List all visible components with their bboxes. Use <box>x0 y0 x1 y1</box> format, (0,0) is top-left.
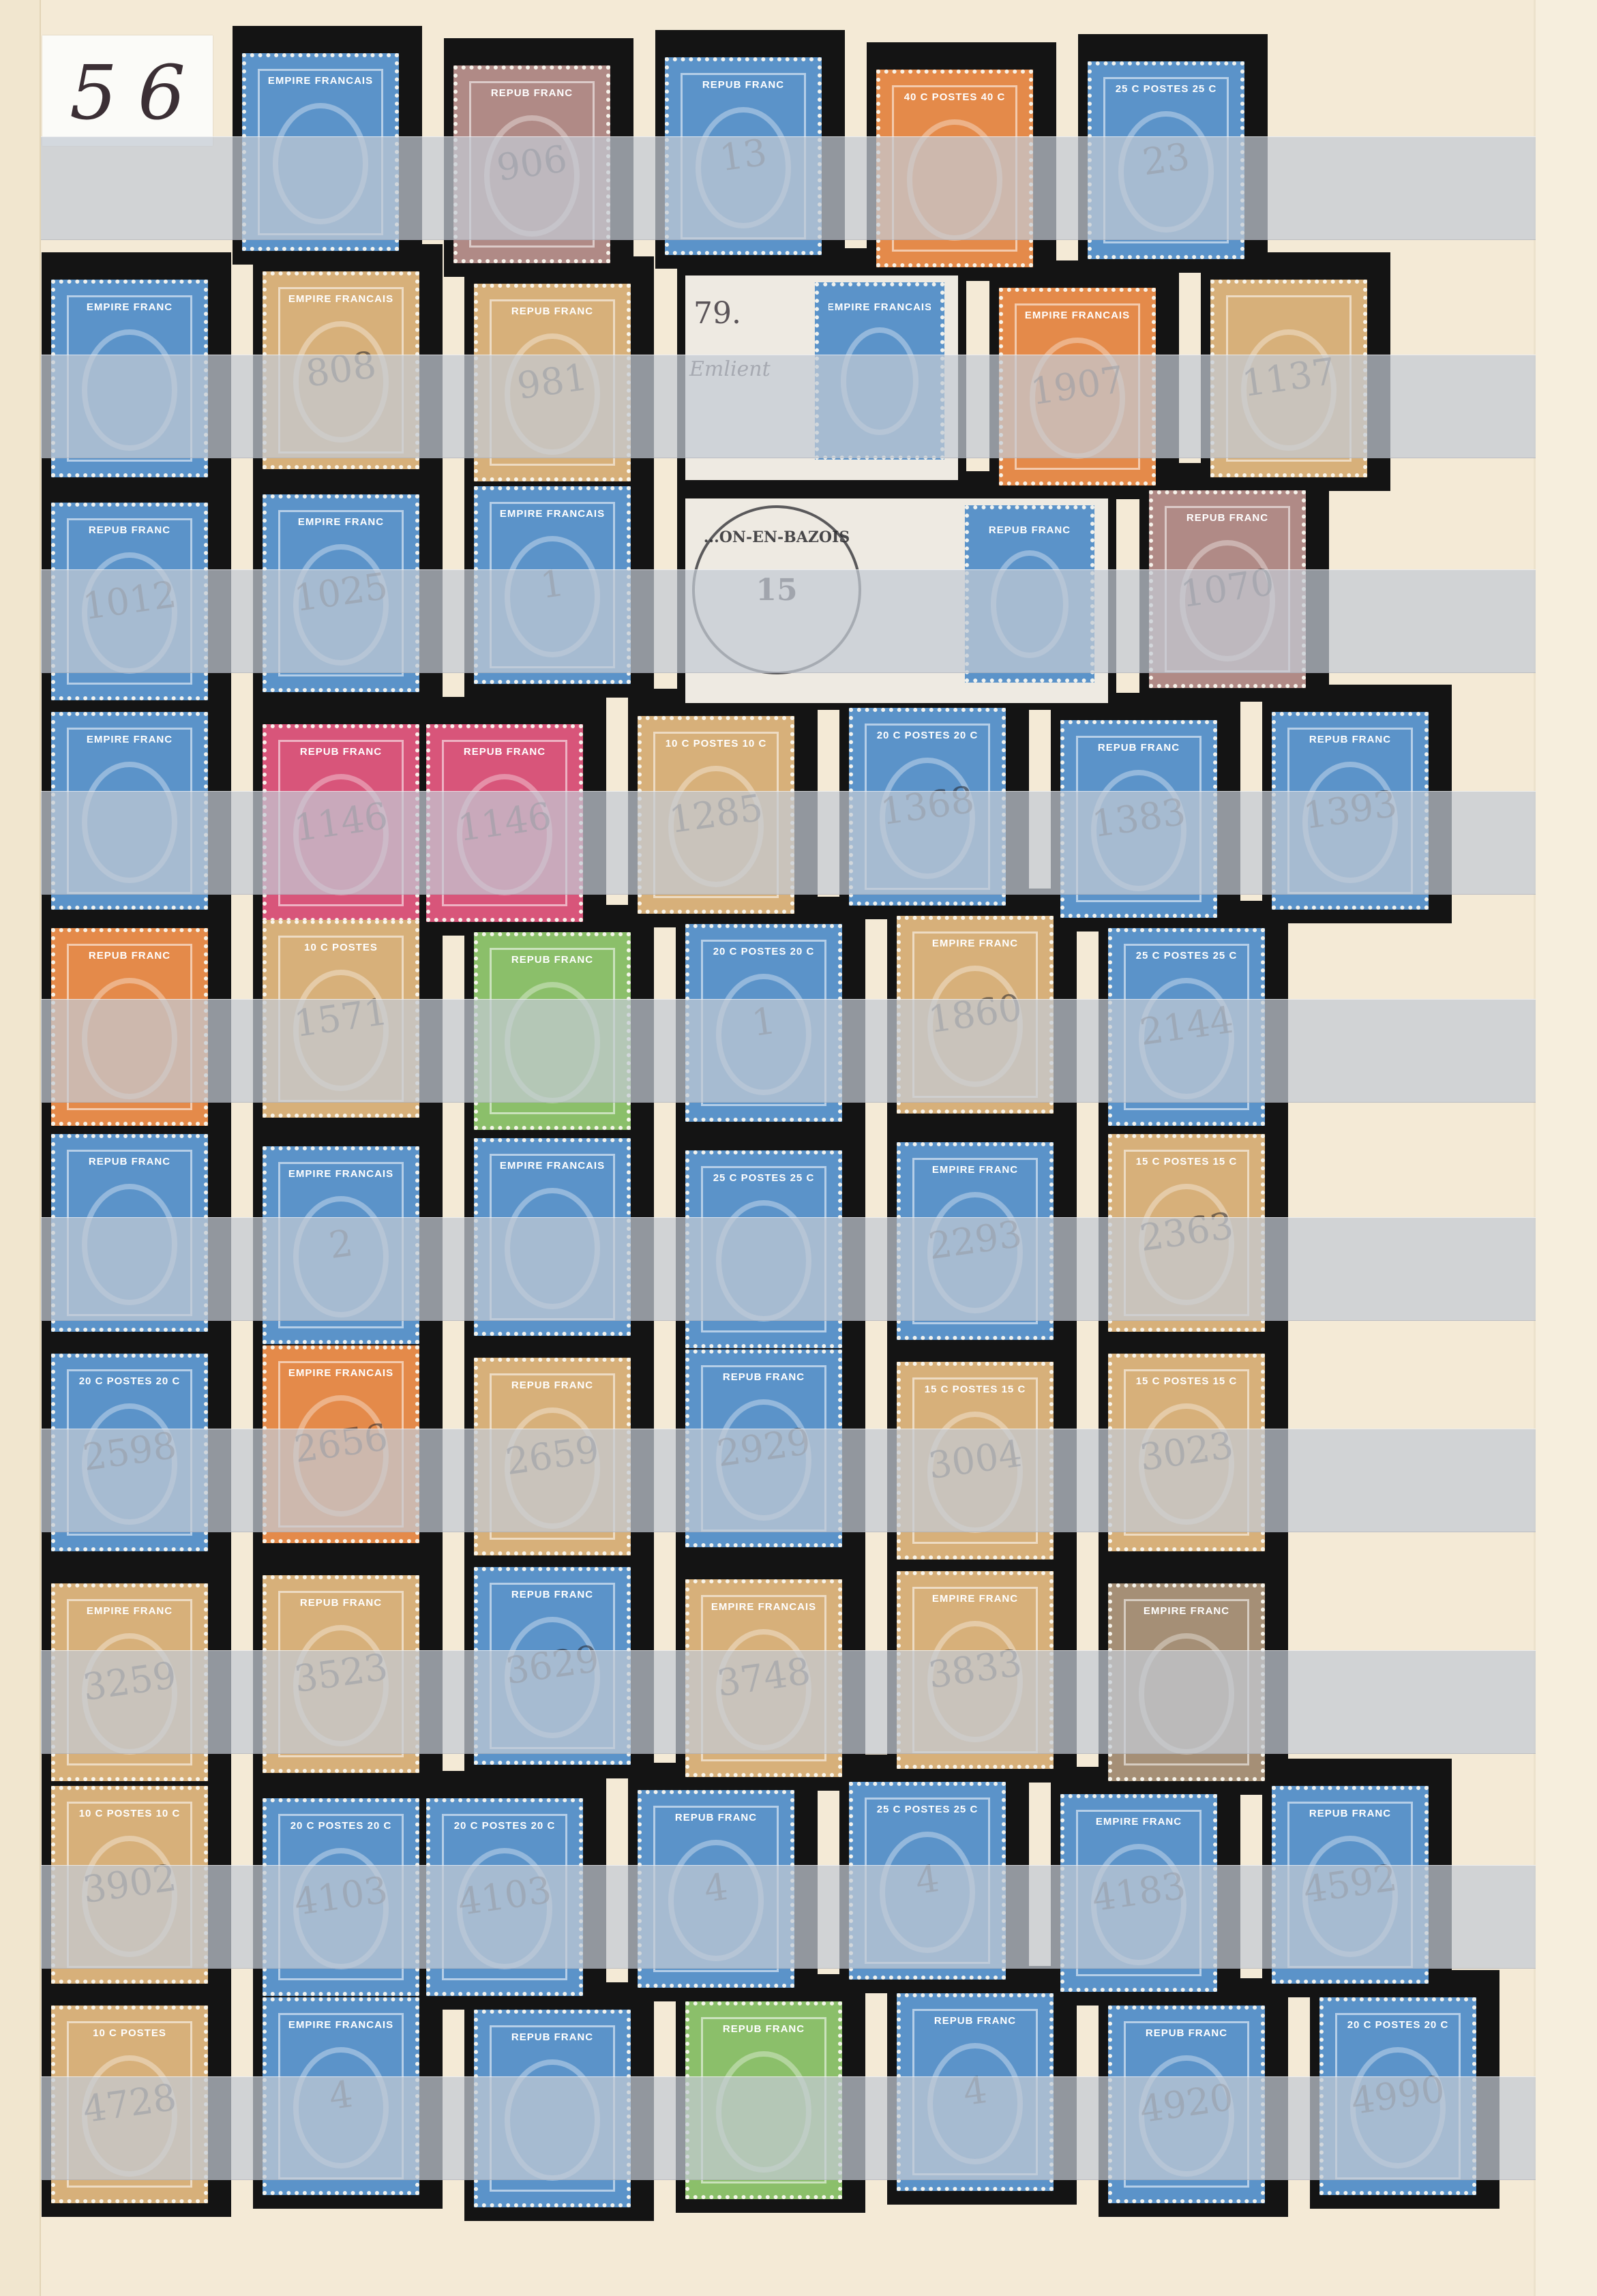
stamp-banner <box>1226 295 1351 320</box>
stamp-banner: EMPIRE FRANC <box>912 1587 1037 1611</box>
stamp-banner: 20 C POSTES 20 C <box>1335 2013 1460 2038</box>
page-number-label: 56 <box>42 35 213 146</box>
stamp-banner: EMPIRE FRANCAIS <box>278 1361 403 1386</box>
stamp-banner: REPUB FRANC <box>67 518 192 543</box>
stamp-banner: EMPIRE FRANC <box>67 295 192 320</box>
stamp-banner: 25 C POSTES 25 C <box>701 1166 826 1191</box>
stockbook-right-margin <box>1534 0 1597 2296</box>
stamp-banner: EMPIRE FRANCAIS <box>490 502 614 526</box>
stamp-banner: 20 C POSTES 20 C <box>67 1369 192 1394</box>
stamp-banner: 40 C POSTES 40 C <box>892 85 1017 110</box>
stamp-banner: EMPIRE FRANC <box>278 510 403 535</box>
glassine-strip <box>41 569 1536 673</box>
stamp-banner: REPUB FRANC <box>1287 1802 1412 1826</box>
stamp-banner: 15 C POSTES 15 C <box>1124 1369 1249 1394</box>
stamp-banner: REPUB FRANC <box>912 2009 1037 2033</box>
stamp-banner: REPUB FRANC <box>490 1373 614 1398</box>
stamp-banner: 25 C POSTES 25 C <box>1103 77 1228 102</box>
stamp-banner: REPUB FRANC <box>469 81 594 106</box>
stamp-banner: 25 C POSTES 25 C <box>1124 944 1249 968</box>
stamp-banner: EMPIRE FRANC <box>67 1599 192 1624</box>
stamp-banner: REPUB FRANC <box>701 1365 826 1390</box>
stamp-banner: 20 C POSTES 20 C <box>442 1814 567 1838</box>
stamp-banner: EMPIRE FRANCAIS <box>278 2013 403 2038</box>
stamp-banner: EMPIRE FRANCAIS <box>278 1162 403 1187</box>
stamp-banner: REPUB FRANC <box>1076 736 1201 760</box>
glassine-strip <box>41 1650 1536 1754</box>
stamp-banner: 20 C POSTES 20 C <box>701 940 826 964</box>
glassine-strip <box>41 2076 1536 2180</box>
glassine-strip <box>41 136 1536 240</box>
stamp-banner: EMPIRE FRANC <box>912 931 1037 956</box>
stamp-banner: EMPIRE FRANCAIS <box>278 287 403 312</box>
stamp-banner: REPUB FRANC <box>701 2017 826 2042</box>
stamp-banner: 10 C POSTES <box>67 2021 192 2046</box>
glassine-strip <box>41 1865 1536 1969</box>
stamp-banner: 15 C POSTES 15 C <box>912 1377 1037 1402</box>
stamp-banner: EMPIRE FRANC <box>1124 1599 1249 1624</box>
stamp-banner: REPUB FRANC <box>979 520 1081 541</box>
stamp-banner: REPUB FRANC <box>278 1591 403 1615</box>
stamp-banner: REPUB FRANC <box>490 948 614 972</box>
piece-note: 79. <box>693 296 741 331</box>
stamp-banner: EMPIRE FRANC <box>67 728 192 752</box>
stamp-banner: EMPIRE FRANC <box>912 1158 1037 1182</box>
stamp-banner: EMPIRE FRANCAIS <box>258 69 383 93</box>
stamp-banner: EMPIRE FRANCAIS <box>829 297 931 318</box>
stamp-banner: REPUB FRANC <box>1287 728 1412 752</box>
glassine-strip <box>41 791 1536 895</box>
stamp-banner: REPUB FRANC <box>490 299 614 324</box>
stamp-banner: 20 C POSTES 20 C <box>278 1814 403 1838</box>
postmark-town: ...ON-EN-BAZOIS <box>695 528 859 546</box>
glassine-strip <box>41 355 1536 458</box>
stamp-banner: EMPIRE FRANCAIS <box>1015 303 1139 328</box>
stamp-banner: REPUB FRANC <box>681 73 805 98</box>
stamp-banner: 10 C POSTES <box>278 936 403 960</box>
stamp-banner: REPUB FRANC <box>442 740 567 764</box>
stamp-banner: 15 C POSTES 15 C <box>1124 1150 1249 1174</box>
stamp-banner: REPUB FRANC <box>1124 2021 1249 2046</box>
glassine-strip <box>41 999 1536 1103</box>
stamp-banner: EMPIRE FRANC <box>1076 1810 1201 1834</box>
glassine-strip <box>41 1217 1536 1321</box>
stamp-banner: EMPIRE FRANCAIS <box>490 1154 614 1178</box>
page-number: 56 <box>70 49 206 136</box>
stamp-banner: REPUB FRANC <box>278 740 403 764</box>
stamp-banner: REPUB FRANC <box>653 1806 778 1830</box>
stamp-banner: EMPIRE FRANCAIS <box>701 1595 826 1620</box>
stamp-banner: REPUB FRANC <box>67 944 192 968</box>
stamp-banner: REPUB FRANC <box>490 2025 614 2050</box>
stamp-banner: 25 C POSTES 25 C <box>865 1798 989 1822</box>
stamp-banner: REPUB FRANC <box>1165 506 1289 531</box>
stamp-banner: 10 C POSTES 10 C <box>67 1802 192 1826</box>
stamp-banner: 20 C POSTES 20 C <box>865 724 989 748</box>
stamp-banner: 10 C POSTES 10 C <box>653 732 778 756</box>
stamp-banner: REPUB FRANC <box>67 1150 192 1174</box>
stamp-banner: REPUB FRANC <box>490 1583 614 1607</box>
stockbook-binding-edge <box>0 0 41 2296</box>
glassine-strip <box>41 1429 1536 1532</box>
